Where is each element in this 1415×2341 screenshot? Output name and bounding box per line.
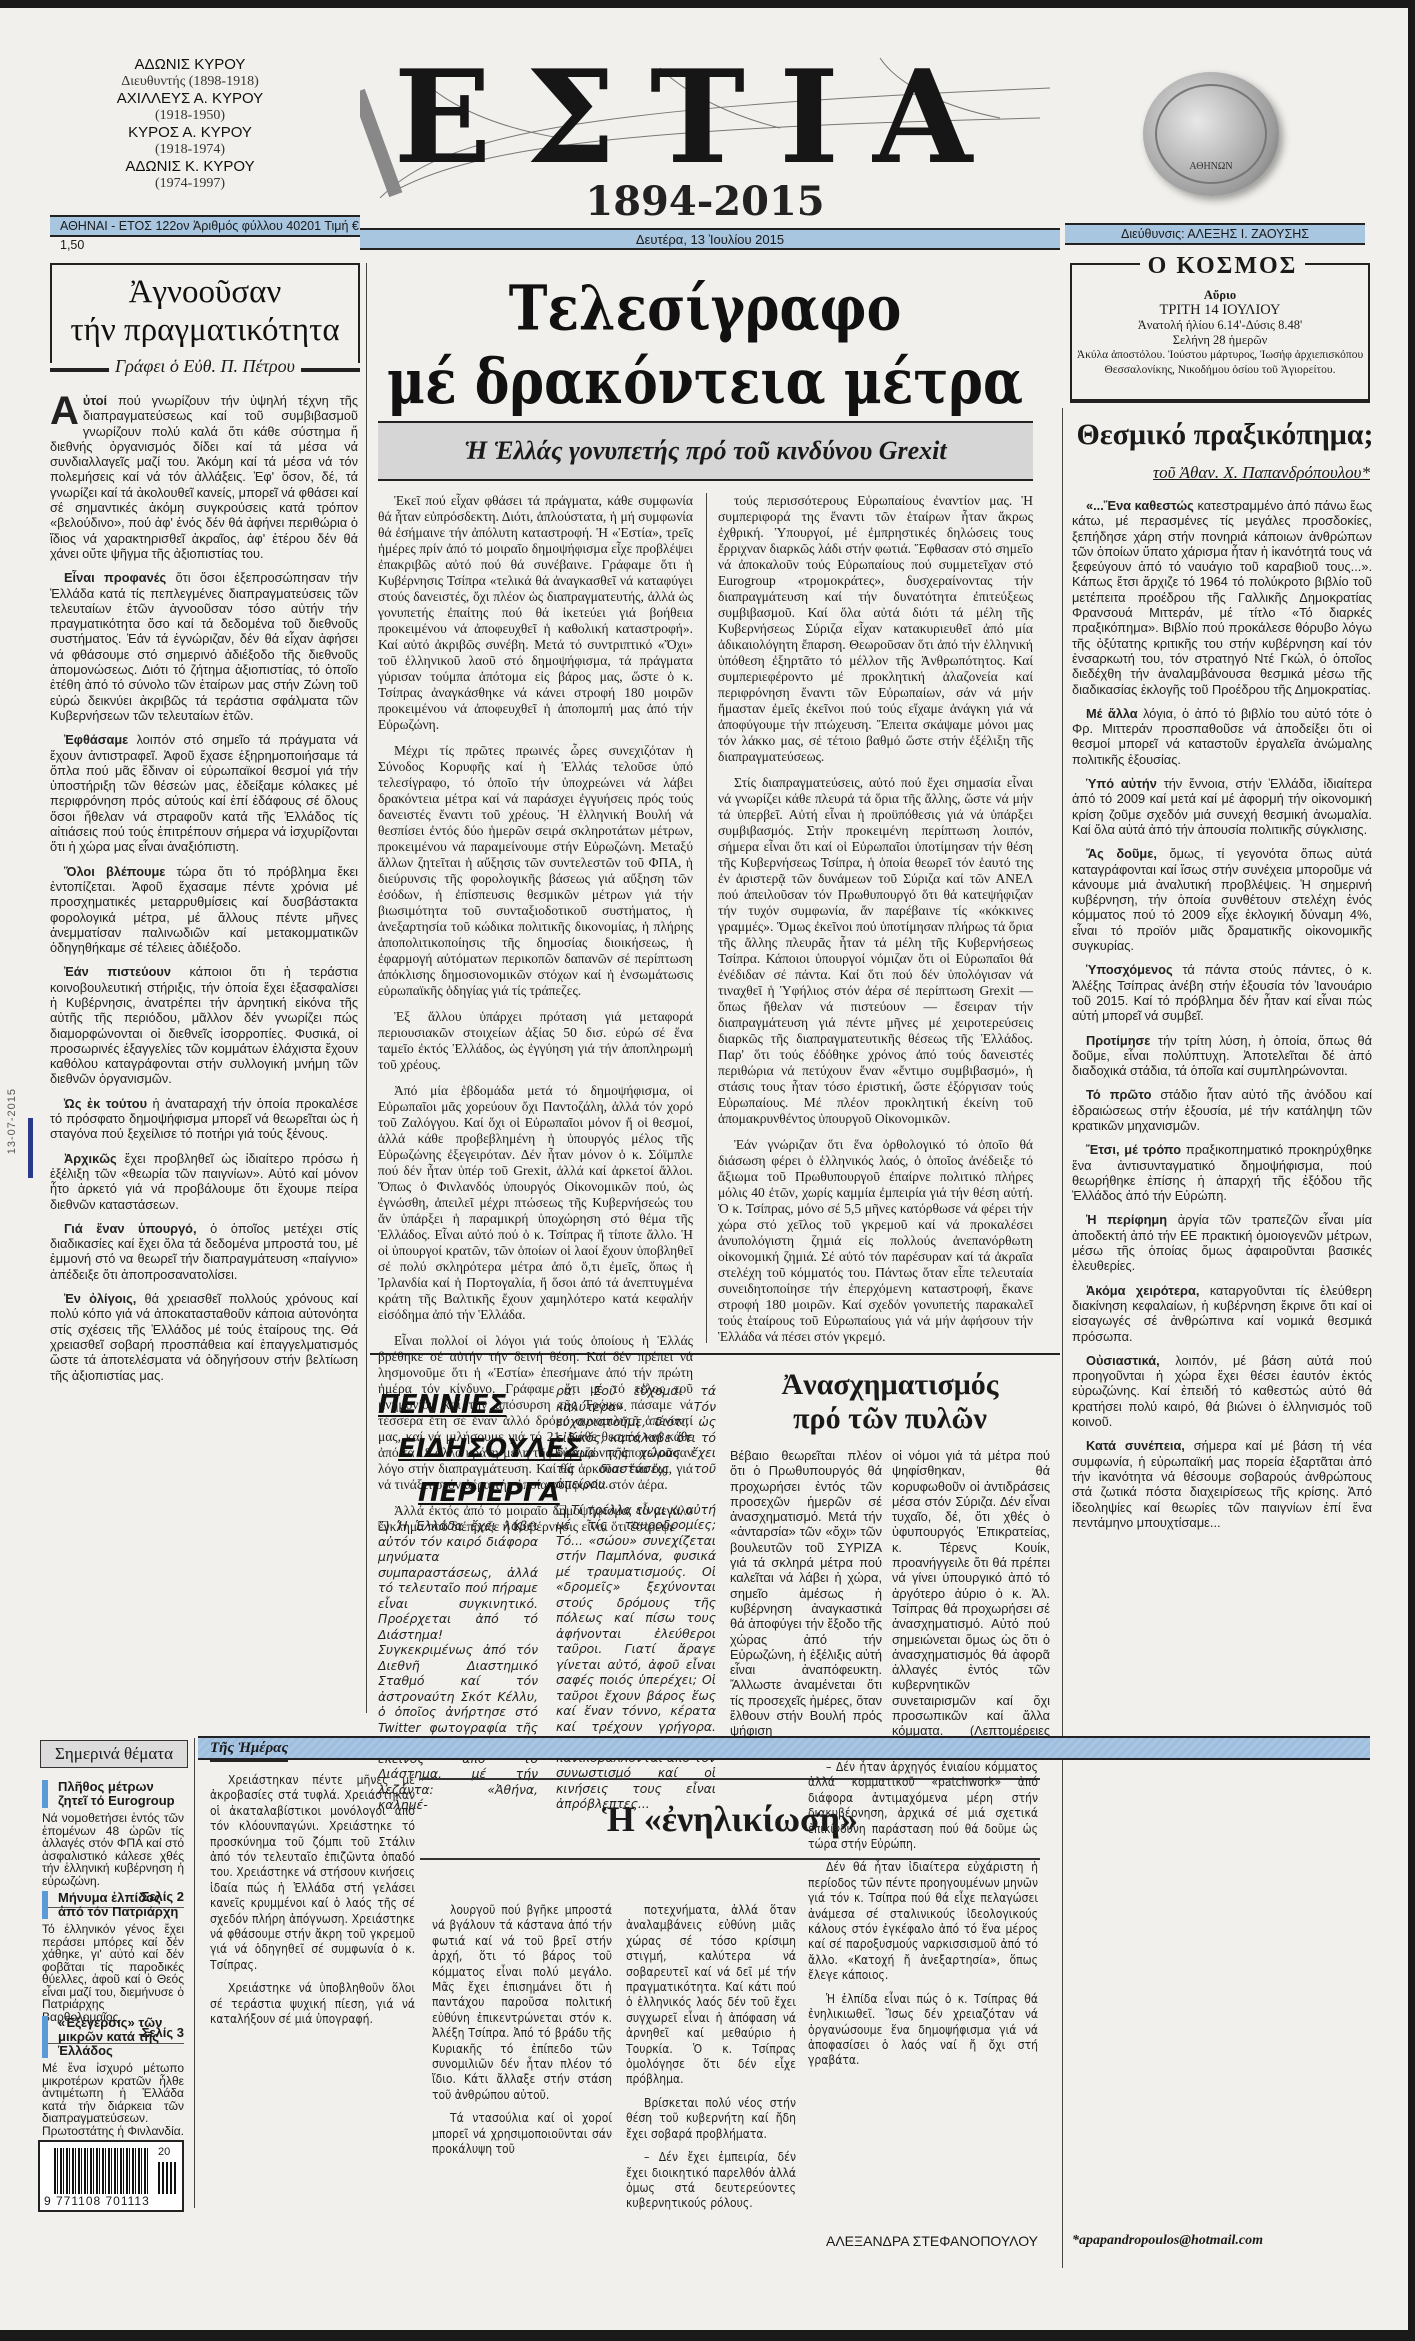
years-label: 1894-2015 (545, 178, 865, 225)
pennies-header: ΠΕΝΝΙΕΣ ΕΙΔΗΣΟΥΛΕΣ ΠΕΡΙΕΡΓΑ (378, 1383, 558, 1515)
kosmos-title: Ο ΚΟΣΜΟΣ (1080, 253, 1365, 280)
newspaper-logo: ΕΣΤΙΑ (390, 58, 1010, 178)
imeras-column-4: – Δέν ἦταν ἀρχηγός ἑνιαίου κόμματος ἀλλά… (808, 1760, 1038, 2077)
barcode-addon-icon (158, 2162, 176, 2194)
topic-item[interactable]: «Ἐξέγερσις» τῶν μικρῶν κατά τῆς Ἑλλάδος … (42, 2016, 184, 2158)
opinion-body: «...Ἕνα καθεστώς κατεστραμμένο ἀπό πάνω … (1072, 498, 1372, 1539)
director-name: Διεύθυνσις: ΑΛΕΞΗΣ Ι. ΖΑΟΥΣΗΣ (1121, 227, 1309, 241)
section-bar (198, 1736, 1370, 1760)
margin-marker (28, 1118, 33, 1178)
topic-item[interactable]: Πλῆθος μέτρων ζητεῖ τό Eurogroup Νά νομο… (42, 1780, 184, 1908)
column-divider (706, 493, 707, 1343)
director-bar: Διεύθυνσις: ΑΛΕΞΗΣ Ι. ΖΑΟΥΣΗΣ (1065, 223, 1365, 245)
founder-dates: (1974-1997) (90, 175, 290, 192)
reshuffle-column-2: οἱ νόμοι γιά τά μέτρα πού ψηφίσθηκαν, θά… (892, 1448, 1050, 1754)
imeras-column-1: Χρειάστηκαν πέντε μῆνες μέ ἀκροβασίες στ… (210, 1773, 415, 2036)
founder-name: ΚΥΡΟΣ Α. ΚΥΡΟΥ (90, 124, 290, 141)
newspaper-front-page: ΑΔΩΝΙΣ ΚΥΡΟΥ Διευθυντής (1898-1918) ΑΧΙΛ… (0, 8, 1408, 2330)
date-bar: Δευτέρα, 13 Ἰουλίου 2015 (360, 228, 1060, 250)
reshuffle-headline[interactable]: Ἀνασχηματισμός πρό τῶν πυλῶν (730, 1368, 1050, 1436)
opinion-byline: τοῦ Ἀθαν. Χ. Παπανδρόπουλου* (1130, 463, 1370, 483)
issue-info: ΑΘΗΝΑΙ - ΕΤΟΣ 122ον Ἀριθμός φύλλου 40201… (60, 219, 359, 252)
imeras-column-3: ποτεχνήματα, ἀλλά ὅταν ἀναλαμβάνεις εὐθύ… (626, 1903, 796, 2220)
founder-dates: Διευθυντής (1898-1918) (90, 73, 290, 90)
founder-name: ΑΧΙΛΛΕΥΣ Α. ΚΥΡΟΥ (90, 90, 290, 107)
todays-topics-header: Σημερινά θέματα (40, 1740, 188, 1768)
section-label: Τῆς Ἡμέρας (210, 1737, 288, 1762)
lead-subheadline: Ἡ Ἑλλάς γονυπετής πρό τοῦ κινδύνου Grexi… (378, 421, 1033, 481)
editorial-byline: Γράφει ὁ Εὐθ. Π. Πέτρου (50, 356, 360, 377)
founder-dates: (1918-1950) (90, 107, 290, 124)
column-divider (366, 263, 367, 1713)
author-email[interactable]: *apapandropoulos@hotmail.com (1072, 2233, 1263, 2249)
editorial-body: Αὐτοί πού γνωρίζουν τήν ὑψηλή τέχνη τῆς … (50, 393, 358, 1392)
barcode-bars-icon (54, 2148, 150, 2194)
imeras-column-2: λουργοῦ πού βγῆκε μπροστά νά βγάλουν τά … (432, 1903, 612, 2166)
section-rule (370, 1353, 1060, 1355)
barcode: 20 9 771108 701113 (38, 2140, 184, 2212)
side-date-stamp: 13-07-2015 (6, 1088, 26, 1154)
founder-dates: (1918-1974) (90, 141, 290, 158)
lead-headline[interactable]: Τελεσίγραφο μέ δρακόντεια μέτρα (370, 273, 1040, 419)
coin-inscription: ΑΘΗΝΩΝ (1157, 161, 1265, 172)
drop-cap: Α (50, 395, 79, 427)
editorial-title[interactable]: Ἀγνοοῦσαν τήν πραγματικότητα (50, 273, 360, 349)
founders-list: ΑΔΩΝΙΣ ΚΥΡΟΥ Διευθυντής (1898-1918) ΑΧΙΛ… (90, 56, 290, 192)
kosmos-almanac: Αὔριο ΤΡΙΤΗ 14 ΙΟΥΛΙΟΥ Ἀνατολή ἡλίου 6.1… (1072, 288, 1368, 378)
coin-emblem-icon: ΑΘΗΝΩΝ (1143, 72, 1279, 196)
issue-date: Δευτέρα, 13 Ἰουλίου 2015 (636, 232, 784, 247)
column-divider (194, 1738, 195, 2208)
reshuffle-column-1: Βέβαιο θεωρεῖται πλέον ὅτι ὁ Πρωθυπουργό… (730, 1448, 882, 1739)
issue-info-bar: ΑΘΗΝΑΙ - ΕΤΟΣ 122ον Ἀριθμός φύλλου 40201… (50, 215, 360, 237)
founder-name: ΑΔΩΝΙΣ Κ. ΚΥΡΟΥ (90, 158, 290, 175)
founder-name: ΑΔΩΝΙΣ ΚΥΡΟΥ (90, 56, 290, 73)
lead-column-2: τούς περισσότερους Εὐρωπαίους ἐναντίον μ… (718, 493, 1033, 1355)
opinion-headline[interactable]: Θεσμικό πραξικόπημα; (1075, 418, 1375, 452)
column-divider (1062, 408, 1063, 2268)
author-signature: ΑΛΕΞΑΝΔΡΑ ΣΤΕΦΑΝΟΠΟΥΛΟΥ (808, 2233, 1038, 2249)
